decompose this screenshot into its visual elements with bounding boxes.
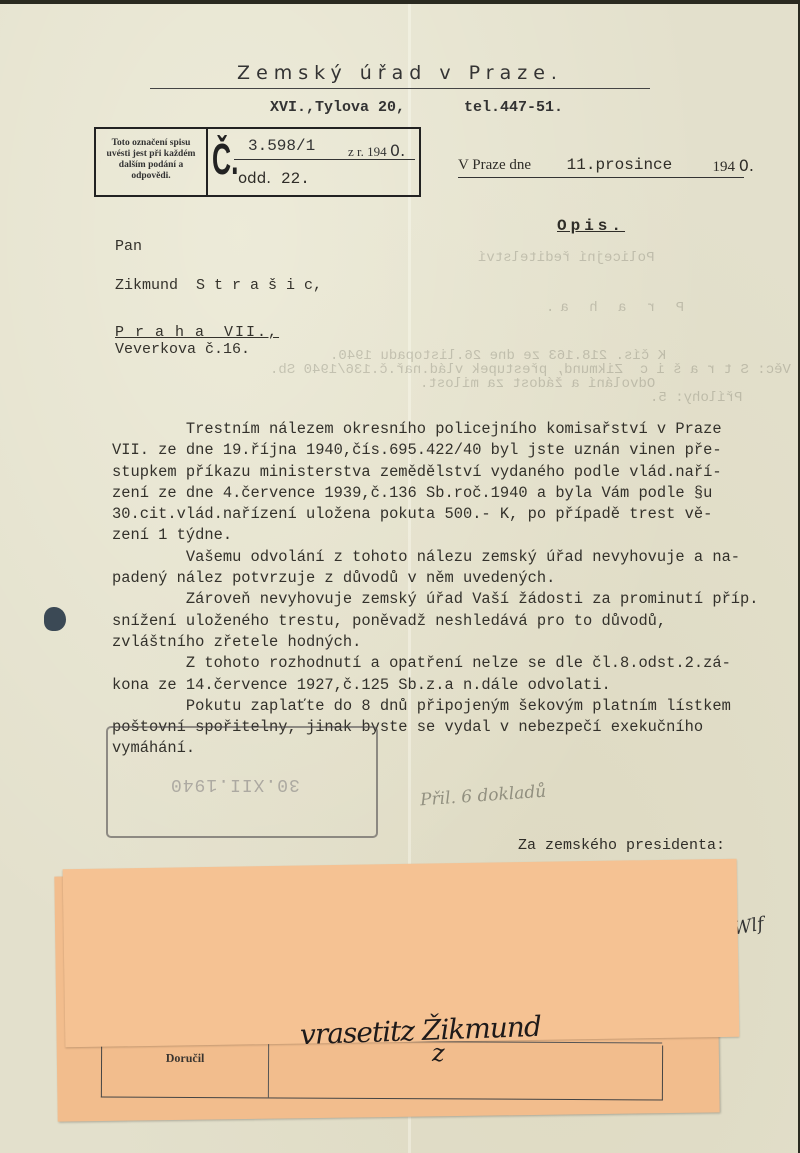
body-line: padený nález potvrzuje z důvodů v něm uv… (112, 568, 772, 589)
recipient-street: Veverkova č.16. (115, 341, 250, 358)
signature-mark: z (432, 1039, 445, 1067)
reference-number: 3.598/1 (248, 137, 315, 155)
body-line: Trestním nálezem okresního policejního k… (112, 419, 772, 440)
stamp-date: 30.XII.1940 (170, 774, 300, 794)
date-line: V Praze dne 11.prosince 194 0. (458, 156, 754, 174)
reference-note: Toto označení spisu uvésti jest při každ… (96, 129, 208, 195)
body-line: snížení uloženého trestu, poněvadž neshl… (112, 611, 772, 632)
date-rule (458, 177, 744, 178)
recipient-name: Zikmund S t r a š i c, (115, 277, 322, 294)
reference-year: z r. 194 0. (348, 141, 405, 160)
street-address: XVI.,Tylova 20, (270, 99, 405, 116)
closing-signature-line: Za zemského presidenta: (518, 837, 725, 854)
handwritten-note: Přil. 6 dokladů (419, 782, 546, 811)
title-rule (150, 88, 650, 89)
recipient-salutation: Pan (115, 238, 142, 255)
body-line: Pokutu zaplaťte do 8 dnů připojeným šeko… (112, 696, 772, 717)
bleed-through-text: P r a h a. (540, 300, 684, 316)
recipient-city: P r a h a VII., (115, 324, 279, 341)
department: odd.22. (238, 169, 310, 188)
delivery-table: Doručil (101, 1043, 663, 1101)
delivered-by-label: Doručil (102, 1051, 268, 1067)
body-line: 30.cit.vlád.nařízení uložena pokuta 500.… (112, 504, 772, 525)
body-line: Vašemu odvolání z tohoto nálezu zemský ú… (112, 547, 772, 568)
reference-number-cell: Č. 3.598/1 z r. 194 0. odd.22. (208, 129, 419, 195)
document-page: Zemský úřad v Praze. XVI.,Tylova 20, tel… (0, 4, 798, 1153)
body-line: zení ze dne 4.července 1939,č.136 Sb.roč… (112, 483, 772, 504)
reference-box: Toto označení spisu uvésti jest při každ… (94, 127, 421, 197)
body-line: zení 1 týdne. (112, 525, 772, 546)
date-year: 194 0. (712, 156, 754, 176)
letter-body: Trestním nálezem okresního policejního k… (112, 419, 772, 760)
body-line: zvláštního zřetele hodných. (112, 632, 772, 653)
body-line: Zároveň nevyhovuje zemský úřad Vaší žádo… (112, 589, 772, 610)
document-type: Opis. (557, 217, 625, 235)
ink-blot (44, 607, 66, 631)
body-line: stupkem příkazu ministerstva zemědělství… (112, 462, 772, 483)
phone-number: tel.447-51. (464, 99, 563, 116)
reference-rule (234, 159, 415, 160)
body-line: Z tohoto rozhodnutí a opatření nelze se … (112, 653, 772, 674)
bleed-through-text: Policejní ředitelství (478, 250, 654, 266)
cislo-letter: Č. (212, 135, 238, 185)
date-label: V Praze dne (458, 157, 531, 173)
bleed-through-text: Odvolání a žádost za milost. (420, 376, 655, 392)
office-title: Zemský úřad v Praze. (150, 62, 650, 84)
bleed-through-text: Přílohy: 5. (650, 390, 742, 406)
body-line: VII. ze dne 19.října 1940,čís.695.422/40… (112, 440, 772, 461)
body-line: kona ze 14.července 1927,č.125 Sb.z.a n.… (112, 675, 772, 696)
date-value: 11.prosince (567, 156, 673, 174)
office-address: XVI.,Tylova 20, tel.447-51. (270, 99, 563, 116)
